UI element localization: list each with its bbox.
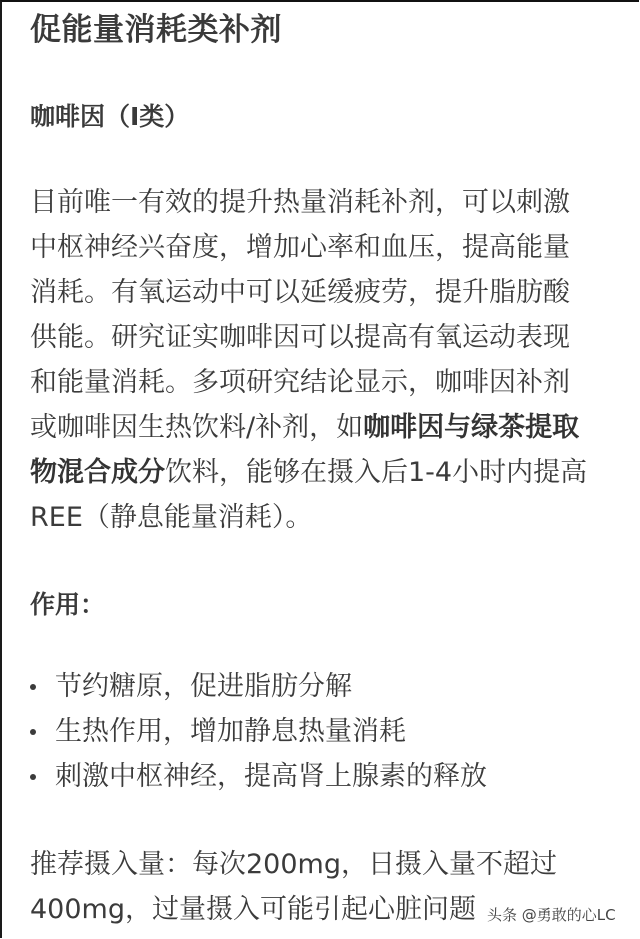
bullet-icon	[30, 774, 36, 780]
list-item: 刺激中枢神经，提高肾上腺素的释放	[26, 754, 487, 799]
paragraph-line: 消耗。有氧运动中可以延缓疲劳，提升脂肪酸	[30, 270, 620, 315]
paragraph-line: 或咖啡因生热饮料/补剂，如咖啡因与绿茶提取	[30, 405, 620, 450]
caffeine-description: 目前唯一有效的提升热量消耗补剂，可以刺激 中枢神经兴奋度，增加心率和血压，提高能…	[30, 180, 620, 540]
paragraph-line: 中枢神经兴奋度，增加心率和血压，提高能量	[30, 225, 620, 270]
list-item-label: 刺激中枢神经，提高肾上腺素的释放	[55, 754, 487, 799]
list-item: 生热作用，增加静息热量消耗	[26, 709, 487, 754]
caffeine-subheading: 咖啡因（I类）	[30, 97, 189, 137]
effects-heading: 作用：	[30, 585, 105, 625]
paragraph-line: 供能。研究证实咖啡因可以提高有氧运动表现	[30, 315, 620, 360]
paragraph-text: 饮料，能够在摄入后1-4小时内提高	[165, 457, 587, 488]
bullet-icon	[30, 729, 36, 735]
paragraph-line: 物混合成分饮料，能够在摄入后1-4小时内提高	[30, 450, 620, 495]
list-item-label: 节约糖原，促进脂肪分解	[55, 664, 352, 709]
watermark: 头条 @勇敢的心LC	[487, 904, 616, 925]
page-title: 促能量消耗类补剂	[30, 8, 282, 52]
bold-highlight: 咖啡因与绿茶提取	[363, 412, 579, 443]
paragraph-text: 或咖啡因生热饮料/补剂，如	[30, 412, 363, 443]
paragraph-line: REE（静息能量消耗）。	[30, 495, 620, 540]
list-item-label: 生热作用，增加静息热量消耗	[55, 709, 406, 754]
bold-highlight: 物混合成分	[30, 457, 165, 488]
dosage-line: 推荐摄入量：每次200mg，日摄入量不超过	[30, 842, 630, 887]
paragraph-line: 目前唯一有效的提升热量消耗补剂，可以刺激	[30, 180, 620, 225]
bullet-icon	[30, 684, 36, 690]
list-item: 节约糖原，促进脂肪分解	[26, 664, 487, 709]
effects-list: 节约糖原，促进脂肪分解 生热作用，增加静息热量消耗 刺激中枢神经，提高肾上腺素的…	[26, 664, 487, 799]
paragraph-line: 和能量消耗。多项研究结论显示，咖啡因补剂	[30, 360, 620, 405]
